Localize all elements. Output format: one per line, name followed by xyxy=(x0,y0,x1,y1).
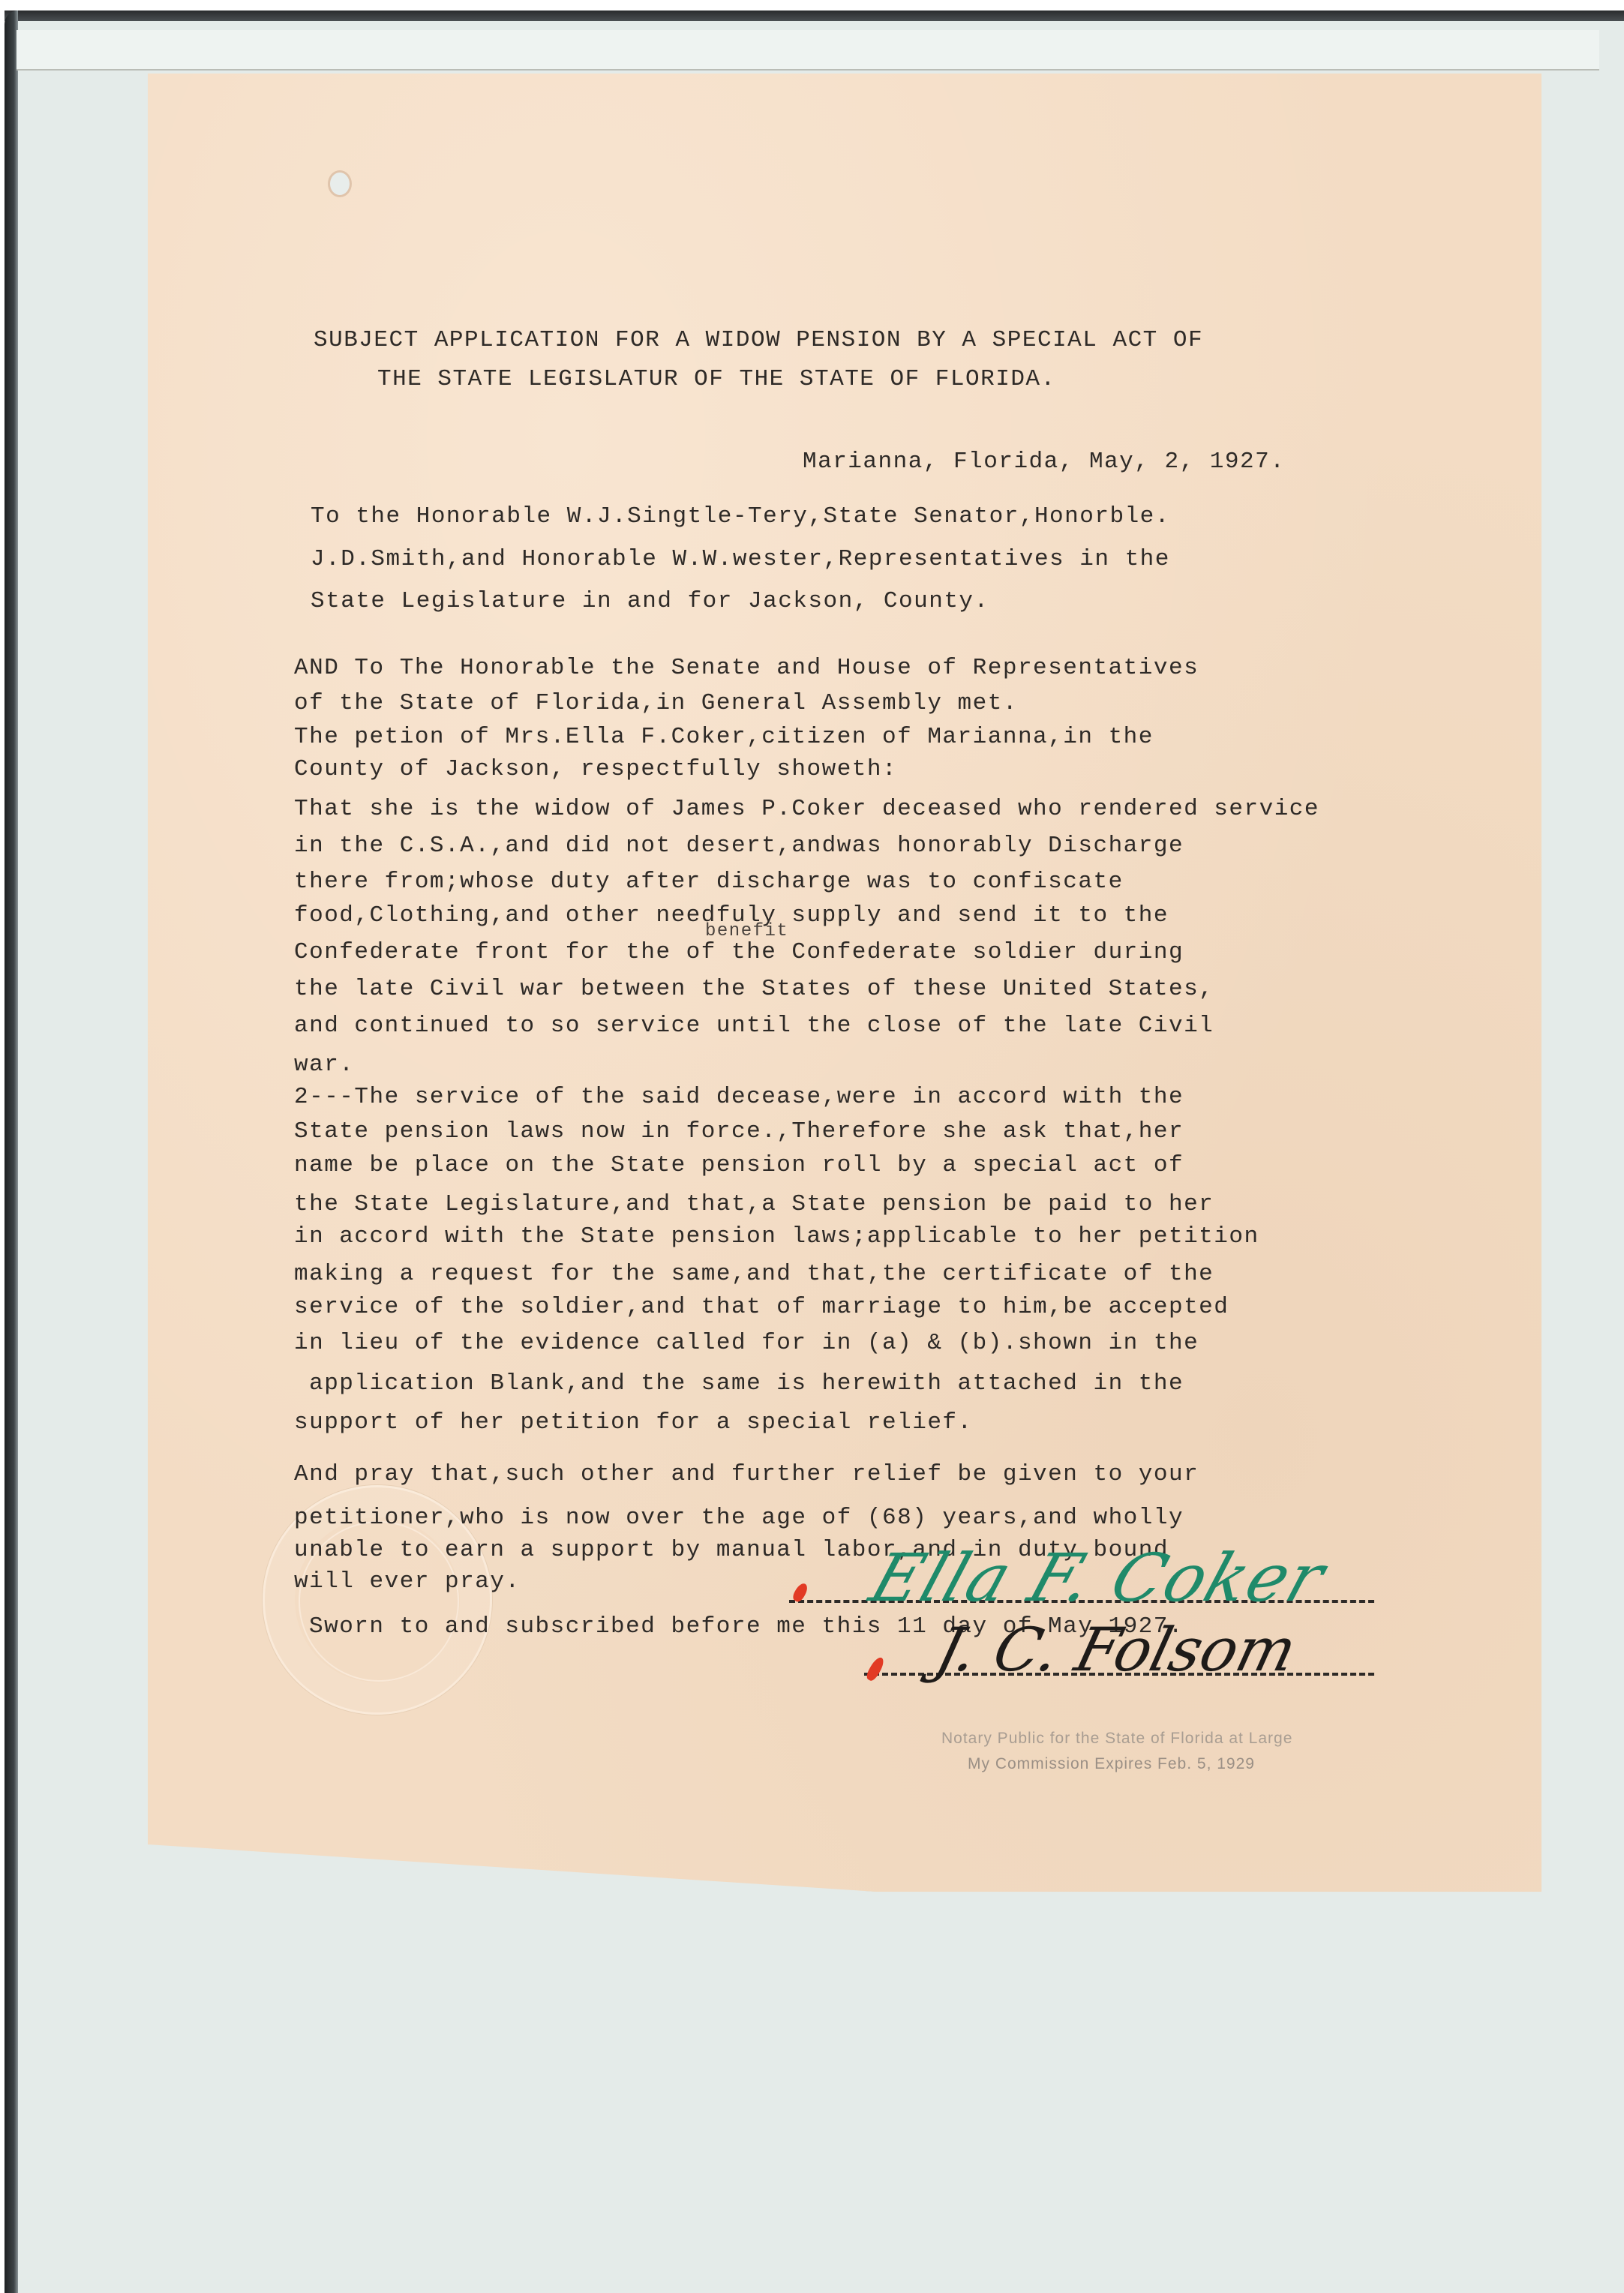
para2-line-3: name be place on the State pension roll … xyxy=(294,1154,1184,1177)
para1-line-5: Confederate front for the of the Confede… xyxy=(294,941,1184,964)
para3-line-2: petitioner,who is now over the age of (6… xyxy=(294,1506,1184,1529)
notary-stamp-line-1: Notary Public for the State of Florida a… xyxy=(941,1730,1292,1748)
para3-line-4: will ever pray. xyxy=(294,1570,521,1593)
petitioner-signature: Ella F. Coker xyxy=(863,1545,1334,1611)
notary-signature: J. C. Folsom xyxy=(930,1620,1302,1680)
frame-top-border xyxy=(5,11,1624,21)
para2-line-9: application Blank,and the same is herewi… xyxy=(294,1372,1184,1395)
para2-line-5: in accord with the State pension laws;ap… xyxy=(294,1225,1259,1248)
salutation-line-4: County of Jackson, respectfully showeth: xyxy=(294,758,897,781)
subject-line-1: SUBJECT APPLICATION FOR A WIDOW PENSION … xyxy=(314,329,1203,352)
subject-line-2: THE STATE LEGISLATUR OF THE STATE OF FLO… xyxy=(377,368,1056,391)
para2-line-8: in lieu of the evidence called for in (a… xyxy=(294,1331,1199,1355)
address-line-3: State Legislature in and for Jackson, Co… xyxy=(311,590,989,613)
para1-line-1: That she is the widow of James P.Coker d… xyxy=(294,797,1319,821)
punch-hole xyxy=(330,173,350,195)
para2-line-4: the State Legislature,and that,a State p… xyxy=(294,1193,1214,1216)
para2-line-10: support of her petition for a special re… xyxy=(294,1411,973,1434)
para2-line-7: service of the soldier,and that of marri… xyxy=(294,1295,1229,1319)
para1-line-2: in the C.S.A.,and did not desert,andwas … xyxy=(294,834,1184,857)
notary-stamp-line-2: My Commission Expires Feb. 5, 1929 xyxy=(968,1755,1255,1773)
place-date: Marianna, Florida, May, 2, 1927. xyxy=(803,450,1285,473)
para3-line-1: And pray that,such other and further rel… xyxy=(294,1463,1199,1486)
address-line-1: To the Honorable W.J.Singtle-Tery,State … xyxy=(311,505,1170,528)
para1-line-3: there from;whose duty after discharge wa… xyxy=(294,870,1124,893)
para2-line-2: State pension laws now in force.,Therefo… xyxy=(294,1120,1184,1143)
para1-line-8: war. xyxy=(294,1053,354,1076)
address-line-2: J.D.Smith,and Honorable W.W.wester,Repre… xyxy=(311,548,1170,571)
salutation-line-3: The petion of Mrs.Ella F.Coker,citizen o… xyxy=(294,725,1154,749)
salutation-line-2: of the State of Florida,in General Assem… xyxy=(294,692,1018,715)
para1-line-6: the late Civil war between the States of… xyxy=(294,977,1214,1001)
interlineation-benefit: benefit xyxy=(705,923,788,941)
para1-line-7: and continued to so service until the cl… xyxy=(294,1014,1214,1037)
salutation-line-1: AND To The Honorable the Senate and Hous… xyxy=(294,656,1199,680)
para2-line-1: 2---The service of the said decease,were… xyxy=(294,1085,1184,1109)
mounting-strip xyxy=(17,30,1599,71)
para2-line-6: making a request for the same,and that,t… xyxy=(294,1262,1214,1286)
document-text: SUBJECT APPLICATION FOR A WIDOW PENSION … xyxy=(0,0,30,1163)
